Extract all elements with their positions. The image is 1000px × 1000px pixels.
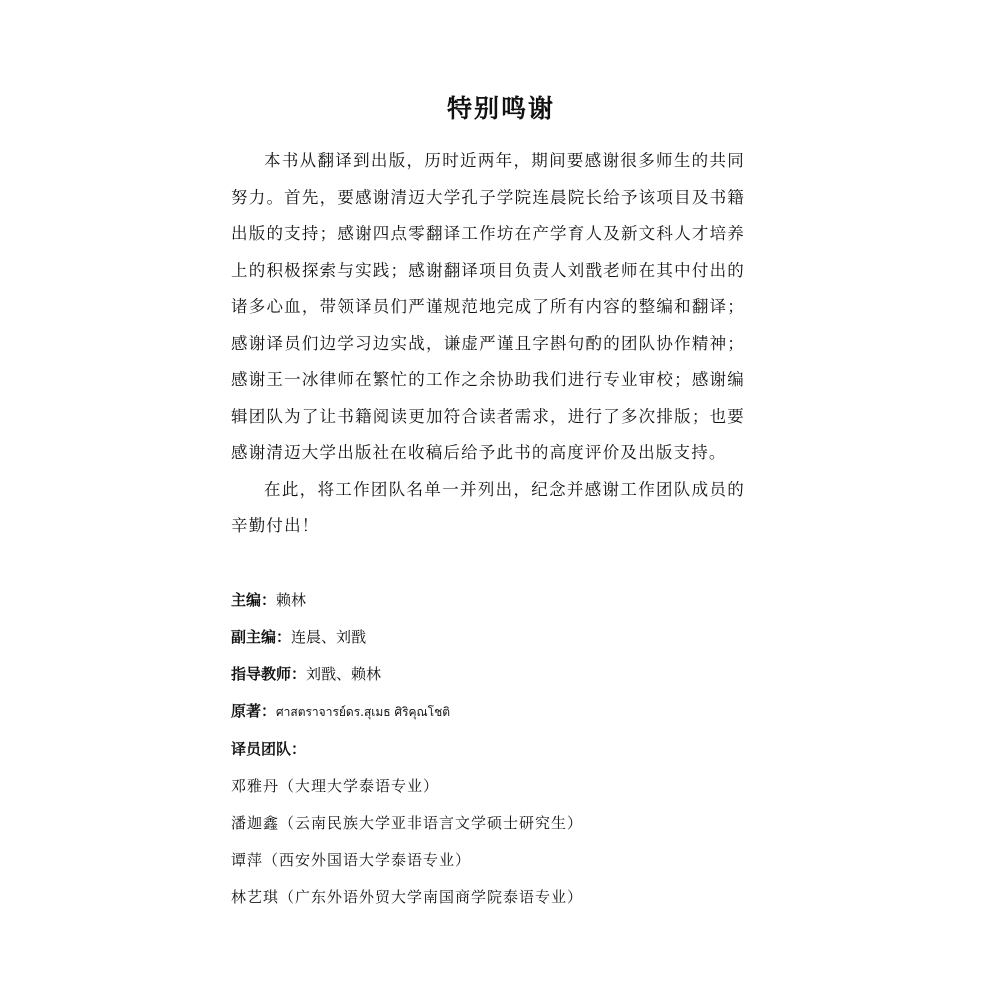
credit-label: 指导教师：	[231, 665, 306, 683]
translator-item: 邓雅丹（大理大学泰语专业）	[231, 768, 771, 805]
credit-value: 连晨、刘戬	[291, 628, 366, 646]
translator-item: 林艺琪（广东外语外贸大学南国商学院泰语专业）	[231, 879, 771, 916]
acknowledgement-body: 本书从翻译到出版，历时近两年，期间要感谢很多师生的共同努力。首先，要感谢清迈大学…	[231, 143, 745, 545]
credit-value: ศาสตราจารย์ดร.สุเมธ ศิริคุณโชติ	[276, 705, 450, 719]
credit-original-author: 原著：ศาสตราจารย์ดร.สุเมธ ศิริคุณโชติ	[231, 693, 771, 731]
credit-label: 主编：	[231, 591, 276, 609]
credit-advisors: 指导教师：刘戬、赖林	[231, 656, 771, 693]
credit-label: 译员团队：	[231, 740, 306, 758]
credit-translators-heading: 译员团队：	[231, 731, 771, 768]
translator-item: 潘迦鑫（云南民族大学亚非语言文学硕士研究生）	[231, 805, 771, 842]
acknowledgement-paragraph: 本书从翻译到出版，历时近两年，期间要感谢很多师生的共同努力。首先，要感谢清迈大学…	[231, 143, 745, 472]
credit-deputy-editor: 副主编：连晨、刘戬	[231, 619, 771, 656]
credit-value: 刘戬、赖林	[306, 665, 381, 683]
credit-chief-editor: 主编：赖林	[231, 582, 771, 619]
credit-value: 赖林	[276, 591, 306, 609]
translator-item: 谭萍（西安外国语大学泰语专业）	[231, 842, 771, 879]
page-title: 特别鸣谢	[231, 92, 771, 126]
closing-paragraph: 在此，将工作团队名单一并列出，纪念并感谢工作团队成员的辛勤付出！	[231, 472, 745, 545]
credits-section: 主编：赖林 副主编：连晨、刘戬 指导教师：刘戬、赖林 原著：ศาสตราจารย…	[231, 582, 771, 916]
credit-label: 原著：	[231, 702, 276, 720]
credit-label: 副主编：	[231, 628, 291, 646]
